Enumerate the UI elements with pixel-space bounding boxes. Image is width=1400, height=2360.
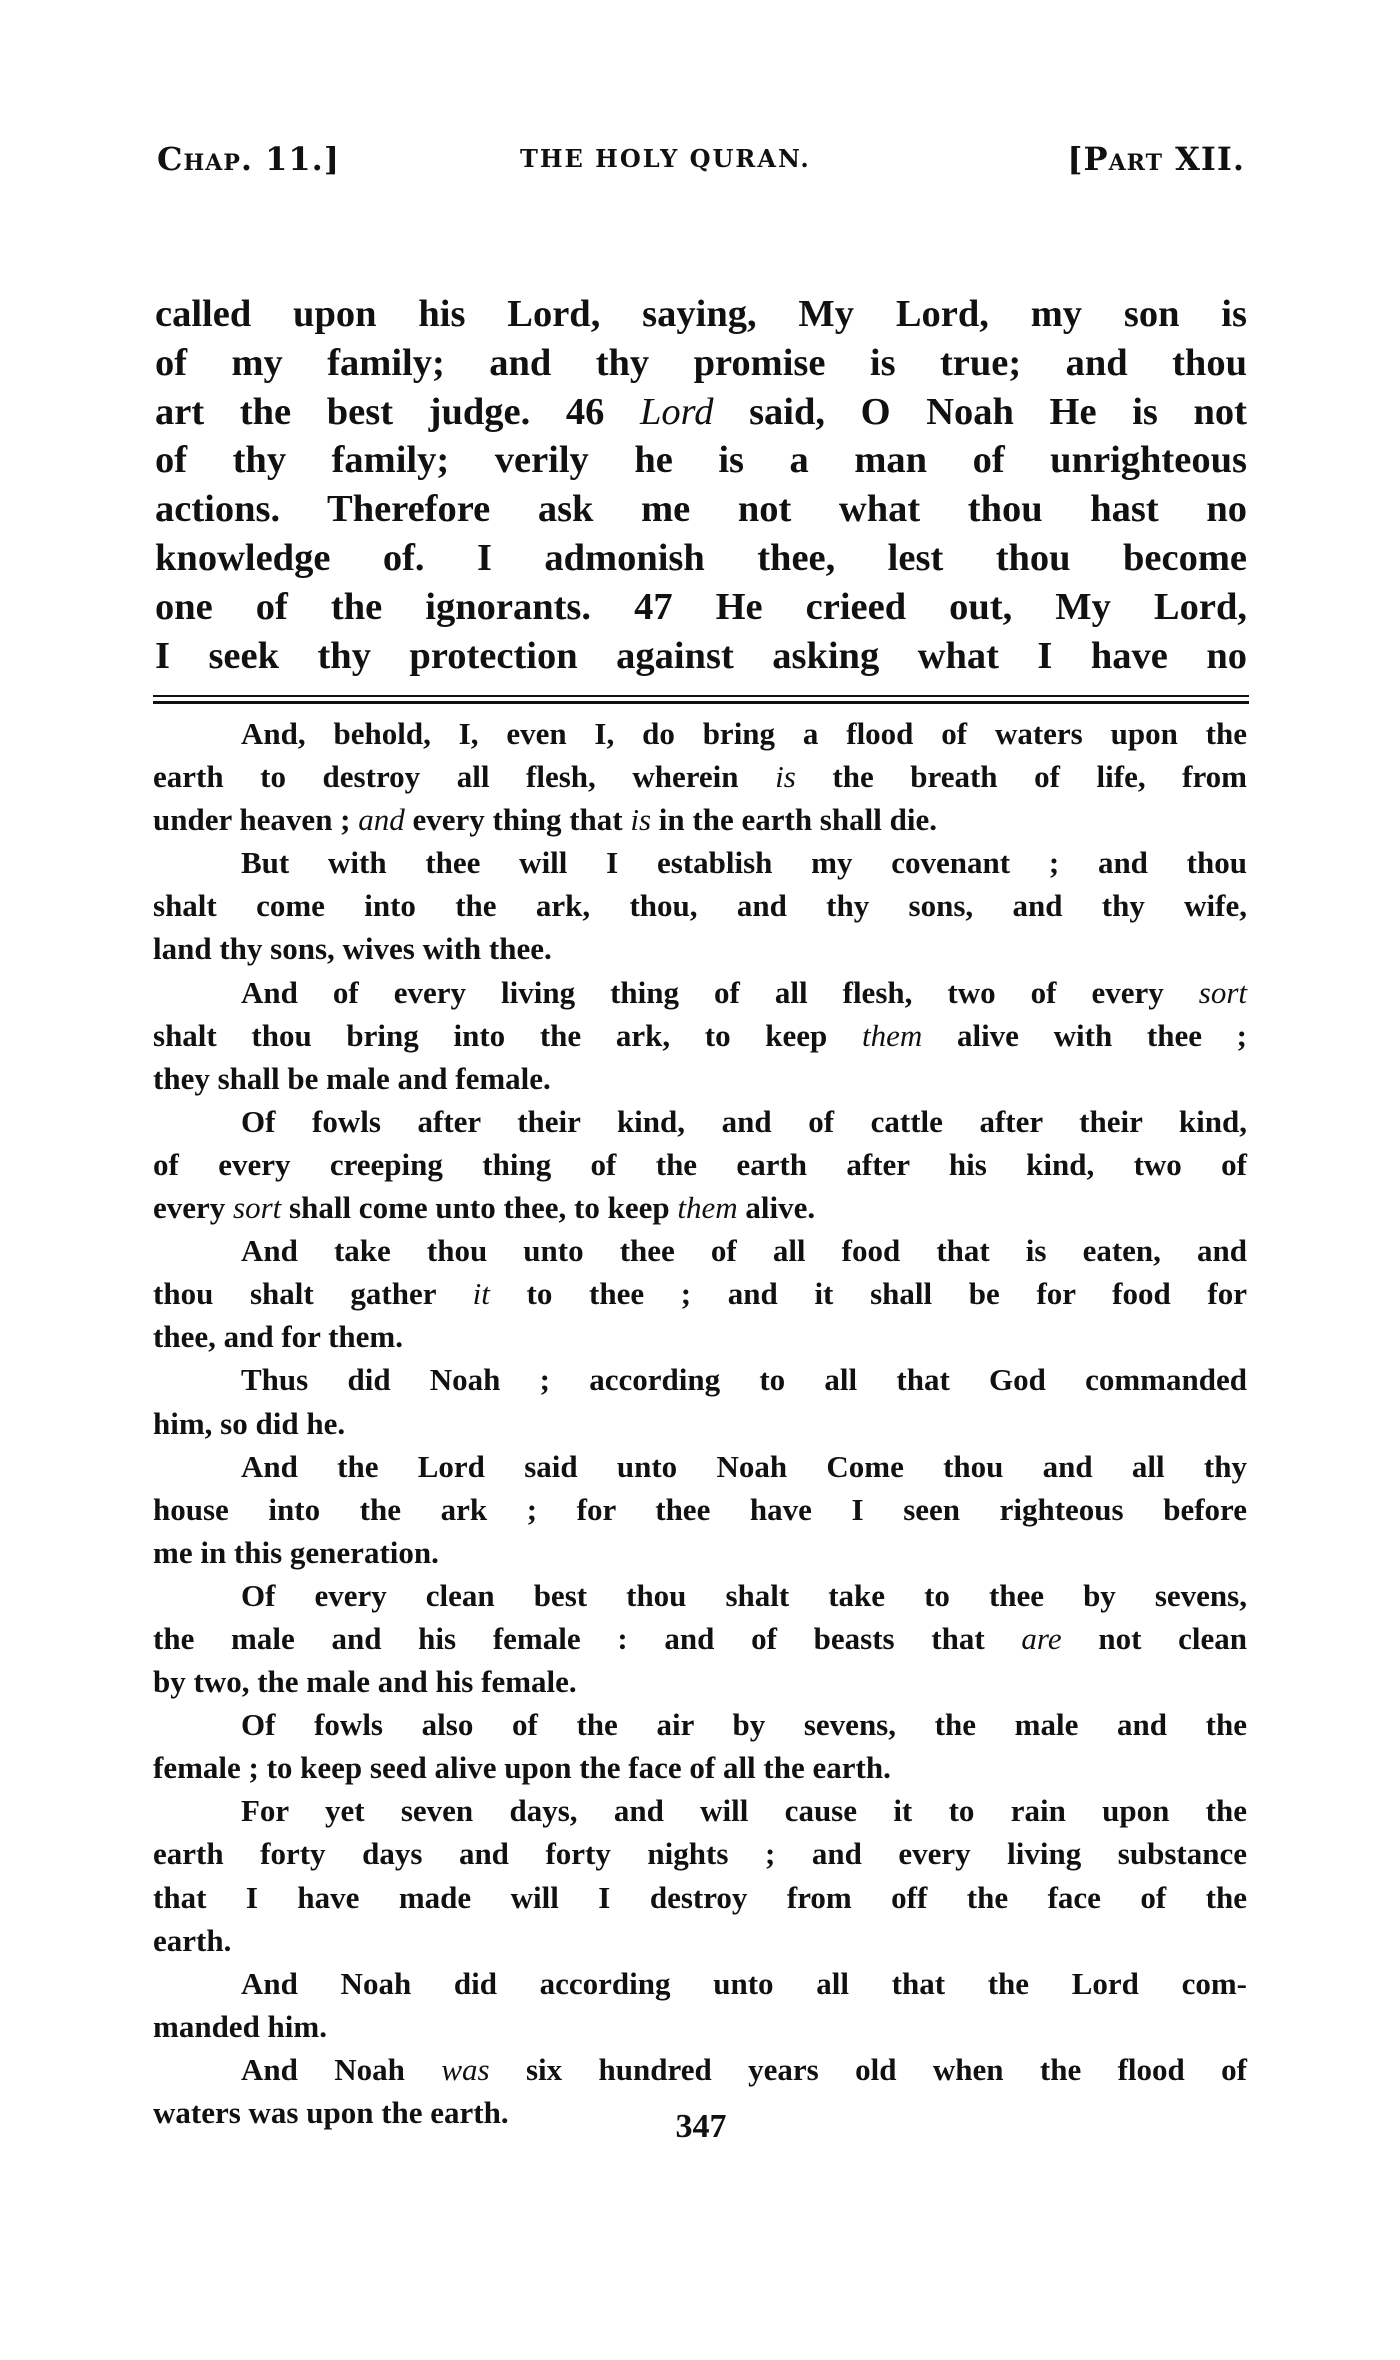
- footnote-line: And Noah was six hundred years old when …: [153, 2048, 1247, 2091]
- footnote-paragraph: Of fowls also of the air by sevens, the …: [153, 1703, 1247, 1789]
- italic-word: is: [630, 802, 651, 837]
- footnote-block: And, behold, I, even I, do bring a flood…: [153, 712, 1247, 2134]
- footnote-paragraph: And of every living thing of all flesh, …: [153, 971, 1247, 1100]
- footnote-line: under heaven ; and every thing that is i…: [153, 798, 1247, 841]
- footnote-line: land thy sons, wives with thee.: [153, 927, 1247, 970]
- footnote-paragraph: But with thee will I establish my covena…: [153, 841, 1247, 970]
- footnote-line: And take thou unto thee of all food that…: [153, 1229, 1247, 1272]
- main-text-block: called upon his Lord, saying, My Lord, m…: [155, 290, 1247, 680]
- rule-line-bottom: [153, 701, 1249, 704]
- footnote-line: earth.: [153, 1919, 1247, 1962]
- running-head: Chap. 11.] THE HOLY QURAN. [Part XII.: [155, 140, 1247, 190]
- footnote-line: by two, the male and his female.: [153, 1660, 1247, 1703]
- footnote-line: Of fowls after their kind, and of cattle…: [153, 1100, 1247, 1143]
- footnote-separator-double-rule: [153, 695, 1249, 707]
- main-text-line: actions. Therefore ask me not what thou …: [155, 485, 1247, 534]
- footnote-line: earth to destroy all flesh, wherein is t…: [153, 755, 1247, 798]
- main-text-line: called upon his Lord, saying, My Lord, m…: [155, 290, 1247, 339]
- italic-word: it: [473, 1276, 490, 1311]
- main-text-line: knowledge of. I admonish thee, lest thou…: [155, 534, 1247, 583]
- footnote-line: shalt thou bring into the ark, to keep t…: [153, 1014, 1247, 1057]
- italic-word: was: [441, 2052, 489, 2087]
- footnote-line: thee, and for them.: [153, 1315, 1247, 1358]
- footnote-line: Of fowls also of the air by sevens, the …: [153, 1703, 1247, 1746]
- main-text-line: I seek thy protection against asking wha…: [155, 632, 1247, 681]
- part-label: [Part XII.: [1067, 140, 1245, 178]
- footnote-line: house into the ark ; for thee have I see…: [153, 1488, 1247, 1531]
- italic-word: and: [358, 802, 405, 837]
- footnote-line: Of every clean best thou shalt take to t…: [153, 1574, 1247, 1617]
- footnote-line: But with thee will I establish my covena…: [153, 841, 1247, 884]
- footnote-paragraph: Of fowls after their kind, and of cattle…: [153, 1100, 1247, 1229]
- footnote-line: For yet seven days, and will cause it to…: [153, 1789, 1247, 1832]
- footnote-paragraph: And take thou unto thee of all food that…: [153, 1229, 1247, 1358]
- footnote-line: And of every living thing of all flesh, …: [153, 971, 1247, 1014]
- footnote-line: earth forty days and forty nights ; and …: [153, 1832, 1247, 1875]
- chapter-label: Chap. 11.]: [157, 140, 340, 178]
- footnote-line: manded him.: [153, 2005, 1247, 2048]
- main-text-line: of thy family; verily he is a man of unr…: [155, 436, 1247, 485]
- footnote-line: they shall be male and female.: [153, 1057, 1247, 1100]
- main-text-line: of my family; and thy promise is true; a…: [155, 339, 1247, 388]
- italic-word: sort: [233, 1190, 281, 1225]
- footnote-line: Thus did Noah ; according to all that Go…: [153, 1358, 1247, 1401]
- italic-word: them: [677, 1190, 737, 1225]
- main-text-line: one of the ignorants. 47 He crieed out, …: [155, 583, 1247, 632]
- footnote-line: And Noah did according unto all that the…: [153, 1962, 1247, 2005]
- footnote-line: the male and his female : and of beasts …: [153, 1617, 1247, 1660]
- footnote-paragraph: And Noah did according unto all that the…: [153, 1962, 1247, 2048]
- book-title: THE HOLY QURAN.: [520, 144, 811, 173]
- footnote-line: And, behold, I, even I, do bring a flood…: [153, 712, 1247, 755]
- footnote-line: female ; to keep seed alive upon the fac…: [153, 1746, 1247, 1789]
- footnote-line: thou shalt gather it to thee ; and it sh…: [153, 1272, 1247, 1315]
- footnote-line: of every creeping thing of the earth aft…: [153, 1143, 1247, 1186]
- footnote-line: every sort shall come unto thee, to keep…: [153, 1186, 1247, 1229]
- footnote-line: him, so did he.: [153, 1402, 1247, 1445]
- footnote-line: me in this generation.: [153, 1531, 1247, 1574]
- main-text-line: art the best judge. 46 Lord said, O Noah…: [155, 388, 1247, 437]
- footnote-paragraph: Thus did Noah ; according to all that Go…: [153, 1358, 1247, 1444]
- footnote-line: shalt come into the ark, thou, and thy s…: [153, 884, 1247, 927]
- italic-word: Lord: [640, 391, 713, 433]
- footnote-paragraph: And, behold, I, even I, do bring a flood…: [153, 712, 1247, 841]
- italic-word: sort: [1199, 975, 1247, 1010]
- footnote-paragraph: And the Lord said unto Noah Come thou an…: [153, 1445, 1247, 1574]
- footnote-line: that I have made will I destroy from off…: [153, 1876, 1247, 1919]
- italic-word: are: [1021, 1621, 1061, 1656]
- rule-line-top: [153, 695, 1249, 697]
- footnote-paragraph: For yet seven days, and will cause it to…: [153, 1789, 1247, 1961]
- page-number: 347: [155, 2108, 1247, 2146]
- italic-word: is: [775, 759, 796, 794]
- italic-word: them: [862, 1018, 922, 1053]
- footnote-line: And the Lord said unto Noah Come thou an…: [153, 1445, 1247, 1488]
- footnote-paragraph: Of every clean best thou shalt take to t…: [153, 1574, 1247, 1703]
